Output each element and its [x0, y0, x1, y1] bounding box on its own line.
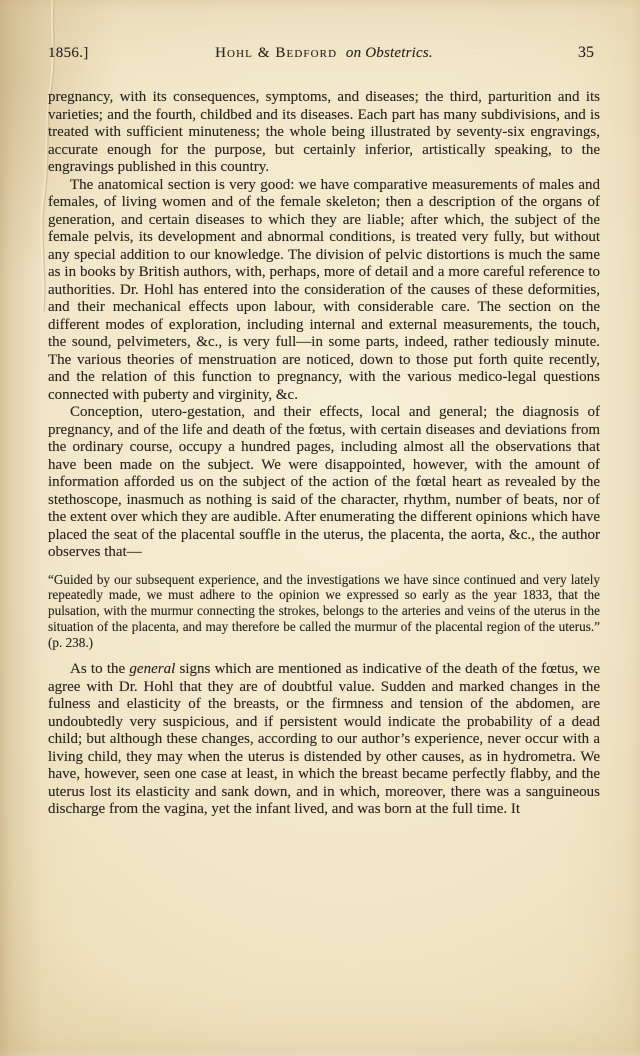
book-page-scan: 1856.] Hohl & Bedford on Obstetrics. 35 …	[0, 0, 640, 1056]
header-year: 1856.]	[48, 45, 215, 62]
paragraph-1: pregnancy, with its consequences, sympto…	[48, 89, 600, 177]
paragraph-4-emphasis: general	[129, 661, 175, 677]
paragraph-3: Conception, utero-gestation, and their e…	[48, 404, 600, 562]
paragraph-2: The anatomical section is very good: we …	[48, 177, 600, 405]
header-title: Hohl & Bedford on Obstetrics.	[215, 45, 433, 62]
paragraph-4: As to the general signs which are mentio…	[48, 661, 600, 819]
page-number: 35	[433, 44, 600, 62]
page-content: 1856.] Hohl & Bedford on Obstetrics. 35 …	[48, 44, 600, 819]
running-header: 1856.] Hohl & Bedford on Obstetrics. 35	[48, 44, 600, 62]
paragraph-4-text-start: As to the	[70, 661, 129, 677]
header-title-authors: Hohl & Bedford	[215, 45, 337, 61]
block-quote: “Guided by our subsequent experience, an…	[48, 572, 600, 652]
header-title-subject: on Obstetrics.	[346, 45, 433, 61]
body-text: pregnancy, with its consequences, sympto…	[48, 89, 600, 819]
paragraph-4-text-end: signs which are mentioned as indicative …	[48, 661, 600, 817]
